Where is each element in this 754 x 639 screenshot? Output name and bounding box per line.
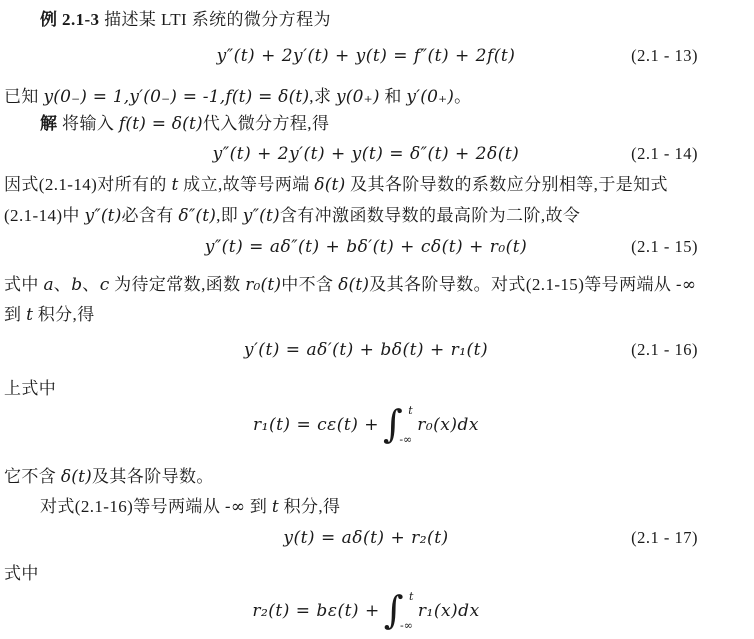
equation-formula: y′(t) = aδ′(t) + bδ(t) + r₁(t) [244,340,488,360]
integral-upper-limit: t [404,405,417,416]
equation-formula: y″(t) = aδ″(t) + bδ′(t) + cδ(t) + r₀(t) [205,237,528,257]
equation-number: (2.1 - 13) [631,44,698,68]
equation-integrand: r₁(x)dx [418,599,480,623]
paragraph-line: 式中 a、b、c 为待定常数,函数 r₀(t)中不含 δ(t)及其各阶导数。对式… [4,273,748,297]
equation-lhs: r₁(t) = cε(t) + [253,413,379,437]
example-heading: 例 2.1-3 描述某 LTI 系统的微分方程为 [4,8,748,31]
shizhong-line: 式中 [4,562,748,585]
integral-lower-limit: -∞ [399,434,412,445]
equation-2-1-14: y″(t) + 2y′(t) + y(t) = δ″(t) + 2δ(t) (2… [4,142,748,166]
equation-number: (2.1 - 14) [631,142,698,166]
equation-number: (2.1 - 17) [631,526,698,550]
equation-formula: y(t) = aδ(t) + r₂(t) [283,528,448,548]
paragraph-line: (2.1-14)中 y″(t)必含有 δ″(t),即 y″(t)含有冲激函数导数… [4,204,748,228]
paragraph-line: 到 t 积分,得 [4,303,748,327]
equation-number: (2.1 - 15) [631,235,698,259]
solution-start-line: 解 将输入 f(t) = δ(t)代入微分方程,得 [4,112,748,136]
paragraph-line: 对式(2.1-16)等号两端从 -∞ 到 t 积分,得 [4,495,748,519]
equation-2-1-17: y(t) = aδ(t) + r₂(t) (2.1 - 17) [4,526,748,550]
equation-2-1-15: y″(t) = aδ″(t) + bδ′(t) + cδ(t) + r₀(t) … [4,235,748,259]
equation-2-1-13: y″(t) + 2y′(t) + y(t) = f″(t) + 2f(t) (2… [4,44,748,68]
equation-r2-integral: r₂(t) = bε(t) + ∫ t -∞ r₁(x)dx [4,588,748,634]
integral-sign-group: ∫ t -∞ [384,589,417,633]
integral-sign-group: ∫ t -∞ [383,403,416,447]
integral-lower-limit: -∞ [400,620,413,631]
paragraph-line: 因式(2.1-14)对所有的 t 成立,故等号两端 δ(t) 及其各阶导数的系数… [4,173,748,197]
equation-formula: y″(t) + 2y′(t) + y(t) = f″(t) + 2f(t) [217,46,516,66]
equation-integrand: r₀(x)dx [417,413,479,437]
equation-2-1-16: y′(t) = aδ′(t) + bδ(t) + r₁(t) (2.1 - 16… [4,338,748,362]
equation-r1-integral: r₁(t) = cε(t) + ∫ t -∞ r₀(x)dx [4,402,748,448]
equation-formula: y″(t) + 2y′(t) + y(t) = δ″(t) + 2δ(t) [213,144,520,164]
integral-upper-limit: t [405,591,418,602]
above-formula-line: 上式中 [4,377,748,400]
initial-conditions-line: 已知 y(0₋) = 1,y′(0₋) = -1,f(t) = δ(t),求 y… [4,85,748,109]
equation-lhs: r₂(t) = bε(t) + [252,599,379,623]
textbook-page: 例 2.1-3 描述某 LTI 系统的微分方程为 y″(t) + 2y′(t) … [0,0,754,634]
paragraph-line: 它不含 δ(t)及其各阶导数。 [4,465,748,489]
equation-number: (2.1 - 16) [631,338,698,362]
